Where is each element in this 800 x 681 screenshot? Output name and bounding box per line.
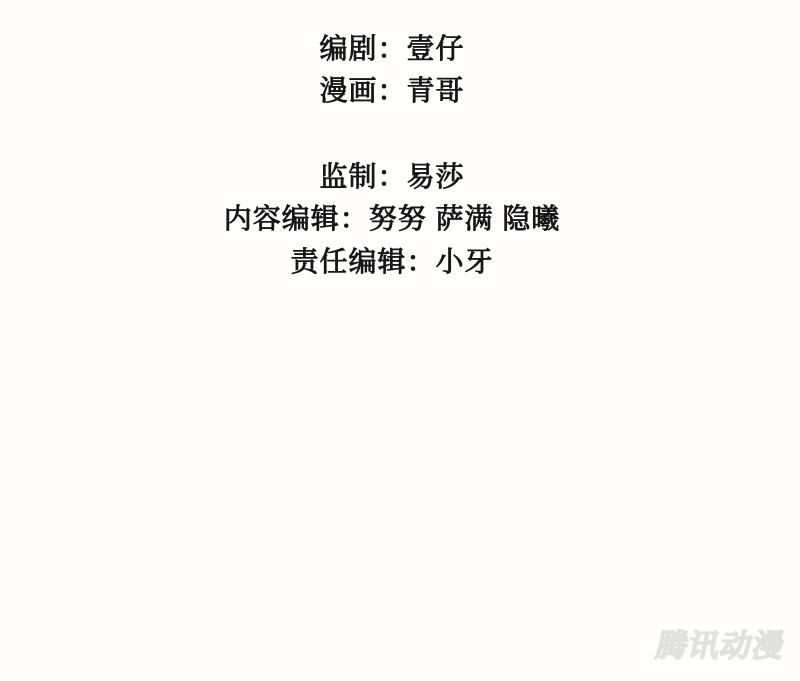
credit-line-content-editors: 内容编辑：努努 萨满 隐曦 <box>0 204 784 234</box>
credit-line-artist: 漫画：青哥 <box>0 76 784 106</box>
credit-line-supervisor: 监制：易莎 <box>0 162 784 192</box>
credit-line-chief-editor: 责任编辑：小牙 <box>0 247 784 277</box>
credit-line-screenwriter: 编剧：壹仔 <box>0 34 784 64</box>
credits-block: 编剧：壹仔 漫画：青哥 监制：易莎 内容编辑：努努 萨满 隐曦 责任编辑：小牙 <box>0 0 784 681</box>
tencent-comics-watermark: 腾讯动漫 <box>645 626 794 670</box>
